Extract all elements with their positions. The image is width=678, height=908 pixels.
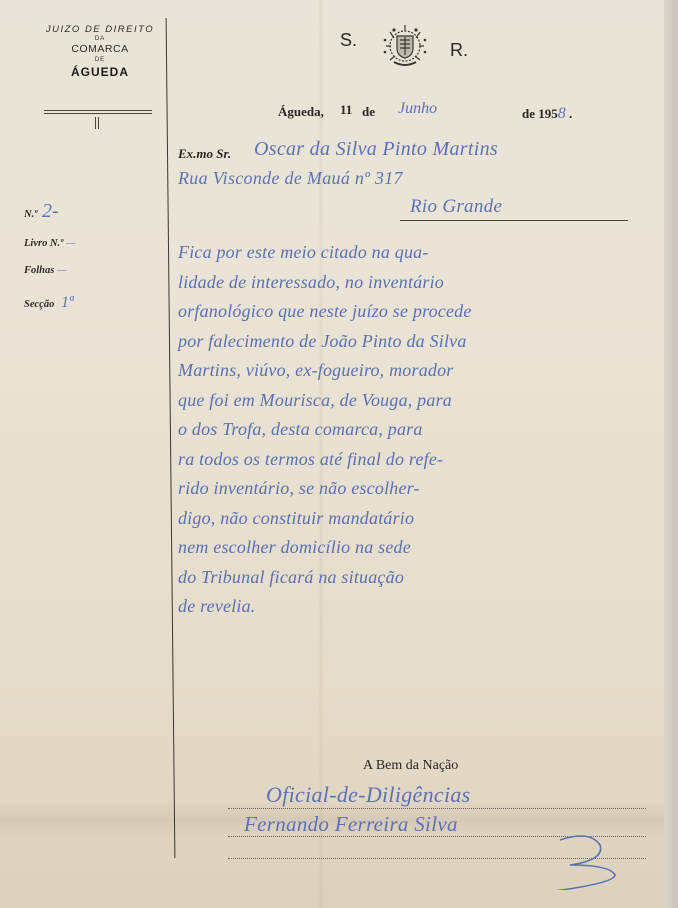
addressee-underline — [400, 220, 628, 221]
court-town: ÁGUEDA — [30, 65, 170, 79]
body-line: que foi em Mourisca, de Vouga, para — [178, 390, 668, 420]
date-month: Junho — [398, 100, 508, 118]
signature-name: Fernando Ferreira Silva — [244, 812, 458, 837]
court-title: JUIZO DE DIREITO — [30, 24, 170, 35]
date-year-printed: 195 — [538, 106, 558, 121]
date-year-handwritten: 8 — [558, 105, 566, 122]
letterhead-ornament — [95, 116, 103, 130]
numero-value: 2- — [42, 200, 59, 222]
date-year: de 1958 . — [522, 105, 572, 123]
field-livro: Livro N.º — — [24, 238, 75, 249]
body-line: orfanológico que neste juízo se procede — [178, 301, 668, 331]
addressee-name: Oscar da Silva Pinto Martins — [254, 138, 498, 161]
date-day: 11 — [340, 102, 352, 118]
folhas-value: — — [57, 265, 66, 276]
field-folhas: Folhas — — [24, 265, 66, 276]
body-line: do Tribunal ficará na situação — [178, 567, 668, 597]
folhas-label: Folhas — [24, 265, 54, 276]
court-da: DA — [30, 36, 170, 42]
letterhead-divider — [44, 110, 152, 114]
field-numero: N.º 2- — [24, 200, 59, 223]
background-surface — [664, 0, 678, 908]
signature-dotted-line — [228, 808, 646, 809]
field-seccao: Secção 1ª — [24, 294, 73, 312]
court-de: DE — [30, 57, 170, 63]
emblem-letter-r: R. — [450, 40, 468, 61]
closing-phrase: A Bem da Nação — [363, 758, 458, 774]
body-line: Martins, viúvo, ex-fogueiro, morador — [178, 360, 668, 390]
numero-label: N.º — [24, 209, 37, 220]
body-line: por falecimento de João Pinto da Silva — [178, 331, 668, 361]
livro-value: — — [66, 238, 75, 249]
margin-rule — [166, 18, 176, 858]
letter-body: Fica por este meio citado na qua- lidade… — [178, 242, 668, 626]
body-line: o dos Trofa, desta comarca, para — [178, 419, 668, 449]
body-line: nem escolher domicílio na sede — [178, 537, 668, 567]
salutation: Ex.mo Sr. — [178, 146, 231, 162]
body-line: rido inventário, se não escolher- — [178, 478, 668, 508]
emblem-letter-s: S. — [340, 30, 357, 51]
body-line: digo, não constituir mandatário — [178, 508, 668, 538]
addressee-city: Rio Grande — [410, 196, 502, 218]
body-line: lidade de interessado, no inventário — [178, 272, 668, 302]
date-de-2: de — [522, 106, 535, 121]
document-page: JUIZO DE DIREITO DA COMARCA DE ÁGUEDA N.… — [0, 0, 668, 908]
addressee-street: Rua Visconde de Mauá nº 317 — [178, 168, 403, 189]
coat-of-arms-icon — [380, 22, 430, 70]
body-line: de revelia. — [178, 596, 668, 626]
signature-flourish-icon — [520, 830, 630, 890]
seccao-value: 1ª — [61, 294, 73, 311]
court-letterhead: JUIZO DE DIREITO DA COMARCA DE ÁGUEDA — [30, 24, 170, 79]
signature-title: Oficial-de-Diligências — [266, 782, 471, 808]
body-line: ra todos os termos até final do refe- — [178, 449, 668, 479]
date-line: Águeda, 11 de Junho de 1958 . — [278, 104, 324, 120]
body-line: Fica por este meio citado na qua- — [178, 242, 668, 272]
livro-label: Livro N.º — [24, 238, 63, 249]
court-comarca: COMARCA — [30, 43, 170, 55]
date-period: . — [569, 106, 572, 121]
date-place: Águeda, — [278, 104, 324, 119]
seccao-label: Secção — [24, 299, 54, 310]
date-de-1: de — [362, 104, 375, 120]
